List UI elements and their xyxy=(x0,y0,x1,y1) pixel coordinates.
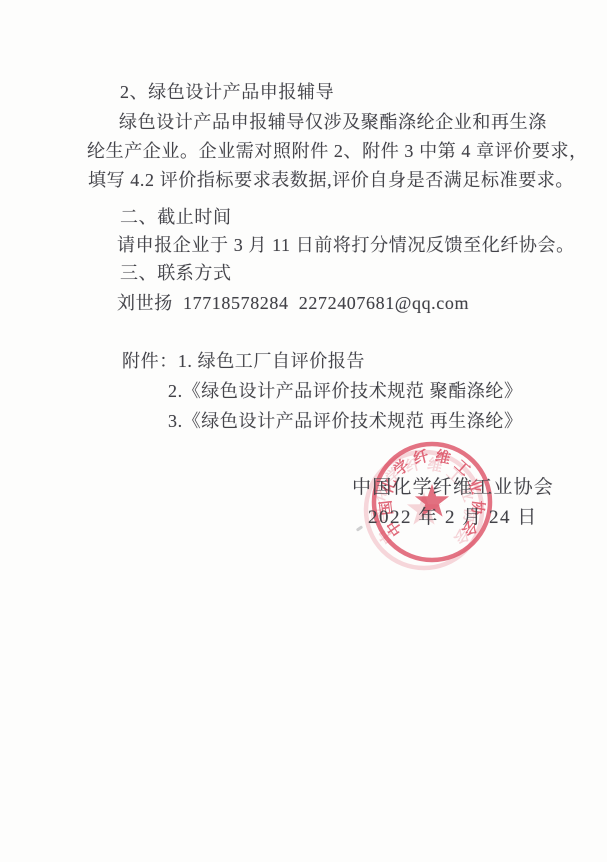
seal-arc-char: 维 xyxy=(434,447,453,468)
body-line: 绿色设计产品申报辅导仅涉及聚酯涤纶企业和再生涤 xyxy=(119,108,547,134)
attachments-label: 附件： xyxy=(122,351,178,371)
seal-arc-char: 纤 xyxy=(412,447,431,468)
contact-info-line: 刘世扬 17718578284 2272407681@qq.com xyxy=(117,289,469,315)
body-line: 纶生产企业。企业需对照附件 2、附件 3 中第 4 章评价要求， xyxy=(87,137,588,163)
body-line-heading-deadline: 二、截止时间 xyxy=(120,203,232,229)
attachment-item-2: 2.《绿色设计产品评价技术规范 聚酯涤纶》 xyxy=(168,377,523,403)
signature-date: 2022 年 2 月 24 日 xyxy=(368,502,538,529)
body-line: 请申报企业于 3 月 11 日前将打分情况反馈至化纤协会。 xyxy=(117,231,575,257)
attachment-item-3: 3.《绿色设计产品评价技术规范 再生涤纶》 xyxy=(168,407,523,433)
body-line-heading-contact: 三、联系方式 xyxy=(120,259,232,285)
signature-organization: 中国化学纤维工业协会 xyxy=(352,472,554,499)
scan-artifact xyxy=(356,525,363,531)
document-page: 中国化学纤维工业协会 2、绿色设计产品申报辅导 绿色设计产品申报辅导仅涉及聚酯涤… xyxy=(0,0,607,862)
body-line: 填写 4.2 评价指标要求表数据,评价自身是否满足标准要求。 xyxy=(88,166,574,192)
attachment-item-1: 1. 绿色工厂自评价报告 xyxy=(178,351,365,371)
attachments-row: 附件：1. 绿色工厂自评价报告 xyxy=(122,347,365,373)
body-line-heading-2: 2、绿色设计产品申报辅导 xyxy=(120,78,334,104)
